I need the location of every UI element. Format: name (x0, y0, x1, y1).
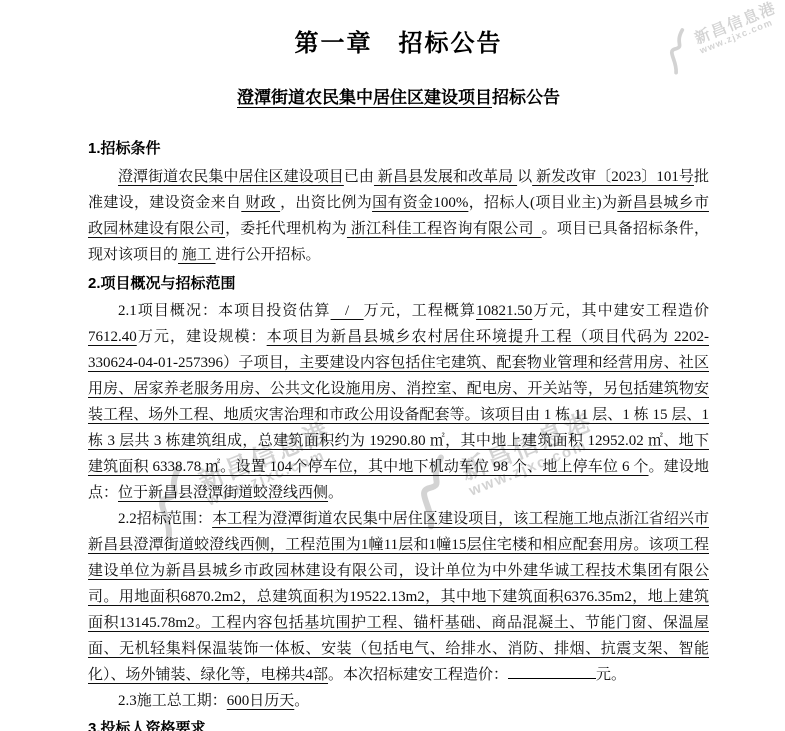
text-run: 万元，工程概算 (364, 303, 476, 319)
underlined-text: 新昌县发展和改革局 (374, 169, 517, 185)
section-2-1-paragraph: 2.1项目概况：本项目投资估算 / 万元，工程概算10821.50万元，其中建安… (88, 298, 709, 506)
text-run: ，招标人(项目业主)为 (468, 195, 617, 211)
text-run: 已由 (344, 169, 374, 185)
text-run: 2.3施工总工期： (118, 693, 227, 709)
underlined-text: 10821.50 (476, 303, 532, 319)
text-run: 。本次招标建安工程造价： (328, 667, 508, 683)
section-2-heading: 2.项目概况与招标范围 (88, 273, 709, 294)
underlined-text: 7612.40 (88, 329, 137, 345)
underlined-text: 本项目为新昌县城乡农村居住环境提升工程（项目代码为 2202-330624-04… (88, 329, 709, 475)
text-run: 万元，其中建安工程造价 (532, 303, 709, 319)
text-run: 。 (294, 693, 309, 709)
text-run: 。 (328, 485, 343, 501)
text-run: 以 (517, 169, 532, 185)
document-page: 新昌信息港 www.zjxc.com 新昌信息港 www.zjxc.com 新昌… (0, 0, 785, 731)
document-title-suffix: 招标公告 (492, 88, 560, 107)
text-run: 2.1项目概况：本项目投资估算 (118, 303, 331, 319)
text-run: ，出资比例为 (280, 195, 372, 211)
underlined-text: 位于新昌县澄潭街道蛟澄线西侧 (118, 485, 328, 501)
underlined-text: 新发改审〔2023〕101号 (532, 169, 694, 185)
text-run: 元。 (596, 667, 626, 683)
document-title-project-name: 澄潭街道农民集中居住区建设项目 (237, 88, 492, 107)
section-1-heading: 1.招标条件 (88, 138, 709, 159)
underlined-text: 施工 (178, 247, 216, 263)
text-run: 进行公开招标。 (216, 247, 321, 263)
chapter-title: 第一章 招标公告 (88, 28, 709, 60)
underlined-text: 浙江科佳工程咨询有限公司 (347, 221, 542, 237)
section-2-3-paragraph: 2.3施工总工期：600日历天。 (88, 688, 709, 714)
underlined-text: 本工程为澄潭街道农民集中居住区建设项目，该工程施工地点浙江省绍兴市新昌县澄潭街道… (88, 511, 709, 683)
underlined-text: 财政 (241, 195, 280, 211)
text-run: ，委托代理机构为 (225, 221, 347, 237)
underlined-text: 澄潭街道农民集中居住区建设项目 (118, 169, 344, 185)
text-run: 万元，建设规模： (137, 329, 267, 345)
section-1-paragraph: 澄潭街道农民集中居住区建设项目已由 新昌县发展和改革局 以 新发改审〔2023〕… (88, 164, 709, 268)
underlined-text: 600日历天 (227, 693, 295, 709)
underlined-text: 国有资金100% (372, 195, 468, 211)
section-2-2-paragraph: 2.2招标范围：本工程为澄潭街道农民集中居住区建设项目，该工程施工地点浙江省绍兴… (88, 506, 709, 688)
underlined-text (508, 663, 596, 679)
document-content: 第一章 招标公告 澄潭街道农民集中居住区建设项目招标公告 1.招标条件 澄潭街道… (0, 0, 785, 731)
text-run: 2.2招标范围： (118, 511, 212, 527)
section-3-heading: 3.投标人资格要求 (88, 718, 709, 731)
underlined-text: / (331, 303, 364, 319)
document-title: 澄潭街道农民集中居住区建设项目招标公告 (88, 86, 709, 110)
